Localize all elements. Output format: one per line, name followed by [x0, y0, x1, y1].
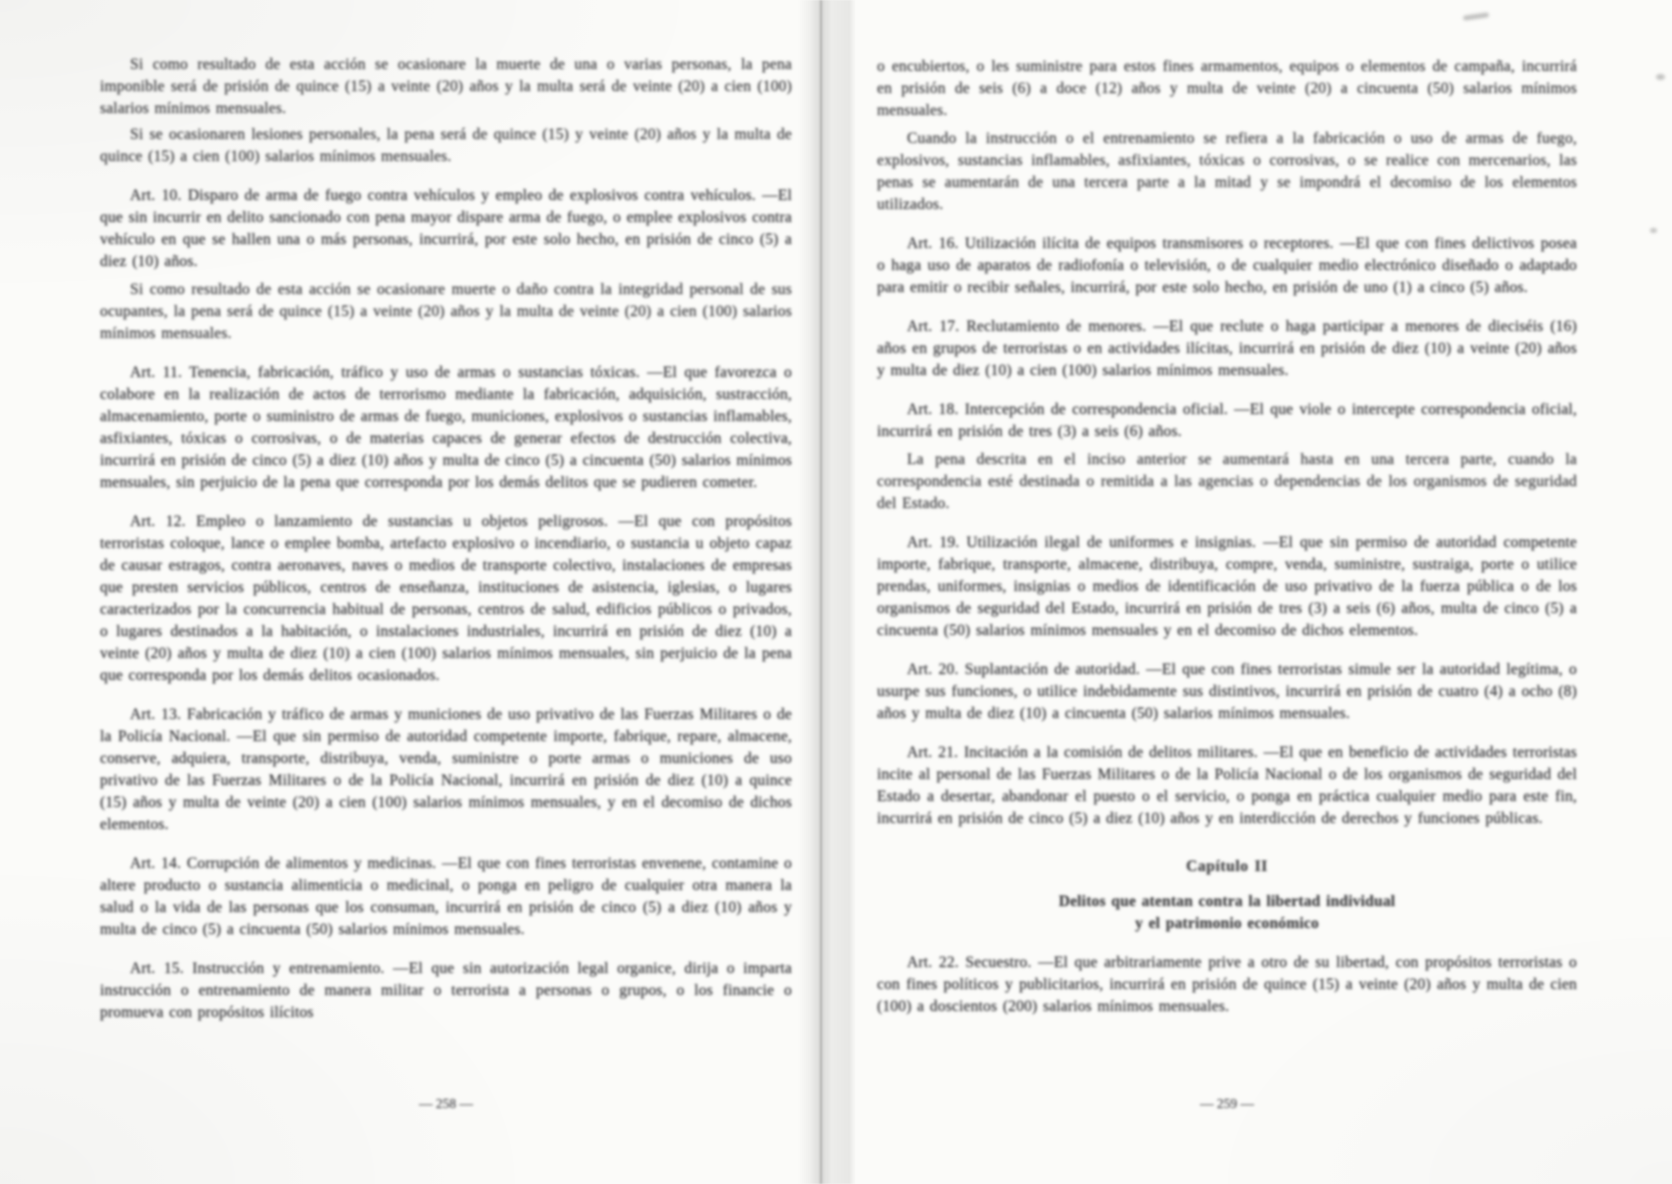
scan-artifact-speck	[1656, 74, 1665, 80]
paragraph: La pena descrita en el inciso anterior s…	[877, 449, 1577, 515]
right-page-text-column: o encubiertos, o les suministre para est…	[877, 56, 1577, 1018]
paragraph: Cuando la instrucción o el entrenamiento…	[877, 128, 1577, 216]
chapter-heading: y el patrimonio económico	[877, 913, 1577, 935]
paragraph: Si como resultado de esta acción se ocas…	[100, 279, 792, 345]
article-paragraph: Art. 17. Reclutamiento de menores. —El q…	[877, 316, 1577, 382]
scan-artifact-speck	[1650, 228, 1657, 233]
paragraph: o encubiertos, o les suministre para est…	[877, 56, 1577, 122]
left-page-text-column: Si como resultado de esta acción se ocas…	[100, 54, 792, 1024]
article-paragraph: Art. 19. Utilización ilegal de uniformes…	[877, 532, 1577, 642]
page-gutter-fold	[798, 0, 856, 1184]
article-paragraph: Art. 13. Fabricación y tráfico de armas …	[100, 704, 792, 836]
article-paragraph: Art. 18. Intercepción de correspondencia…	[877, 399, 1577, 443]
article-paragraph: Art. 16. Utilización ilícita de equipos …	[877, 233, 1577, 299]
scanned-document-spread: Si como resultado de esta acción se ocas…	[0, 0, 1672, 1184]
article-paragraph: Art. 20. Suplantación de autoridad. —El …	[877, 659, 1577, 725]
article-paragraph: Art. 10. Disparo de arma de fuego contra…	[100, 185, 792, 273]
article-paragraph: Art. 21. Incitación a la comisión de del…	[877, 742, 1577, 830]
chapter-heading: Delitos que atentan contra la libertad i…	[877, 891, 1577, 913]
article-paragraph: Art. 22. Secuestro. —El que arbitrariame…	[877, 952, 1577, 1018]
paragraph: Si como resultado de esta acción se ocas…	[100, 54, 792, 120]
right-page-number: — 259 —	[877, 1096, 1577, 1116]
chapter-heading: Capítulo II	[877, 856, 1577, 878]
article-paragraph: Art. 14. Corrupción de alimentos y medic…	[100, 853, 792, 941]
article-paragraph: Art. 15. Instrucción y entrenamiento. —E…	[100, 958, 792, 1024]
paragraph: Si se ocasionaren lesiones personales, l…	[100, 124, 792, 168]
gutter-fold-line	[820, 0, 822, 1184]
article-paragraph: Art. 11. Tenencia, fabricación, tráfico …	[100, 362, 792, 494]
scan-artifact-speck	[1463, 12, 1489, 21]
left-page-number: — 258 —	[100, 1096, 792, 1116]
article-paragraph: Art. 12. Empleo o lanzamiento de sustanc…	[100, 511, 792, 687]
